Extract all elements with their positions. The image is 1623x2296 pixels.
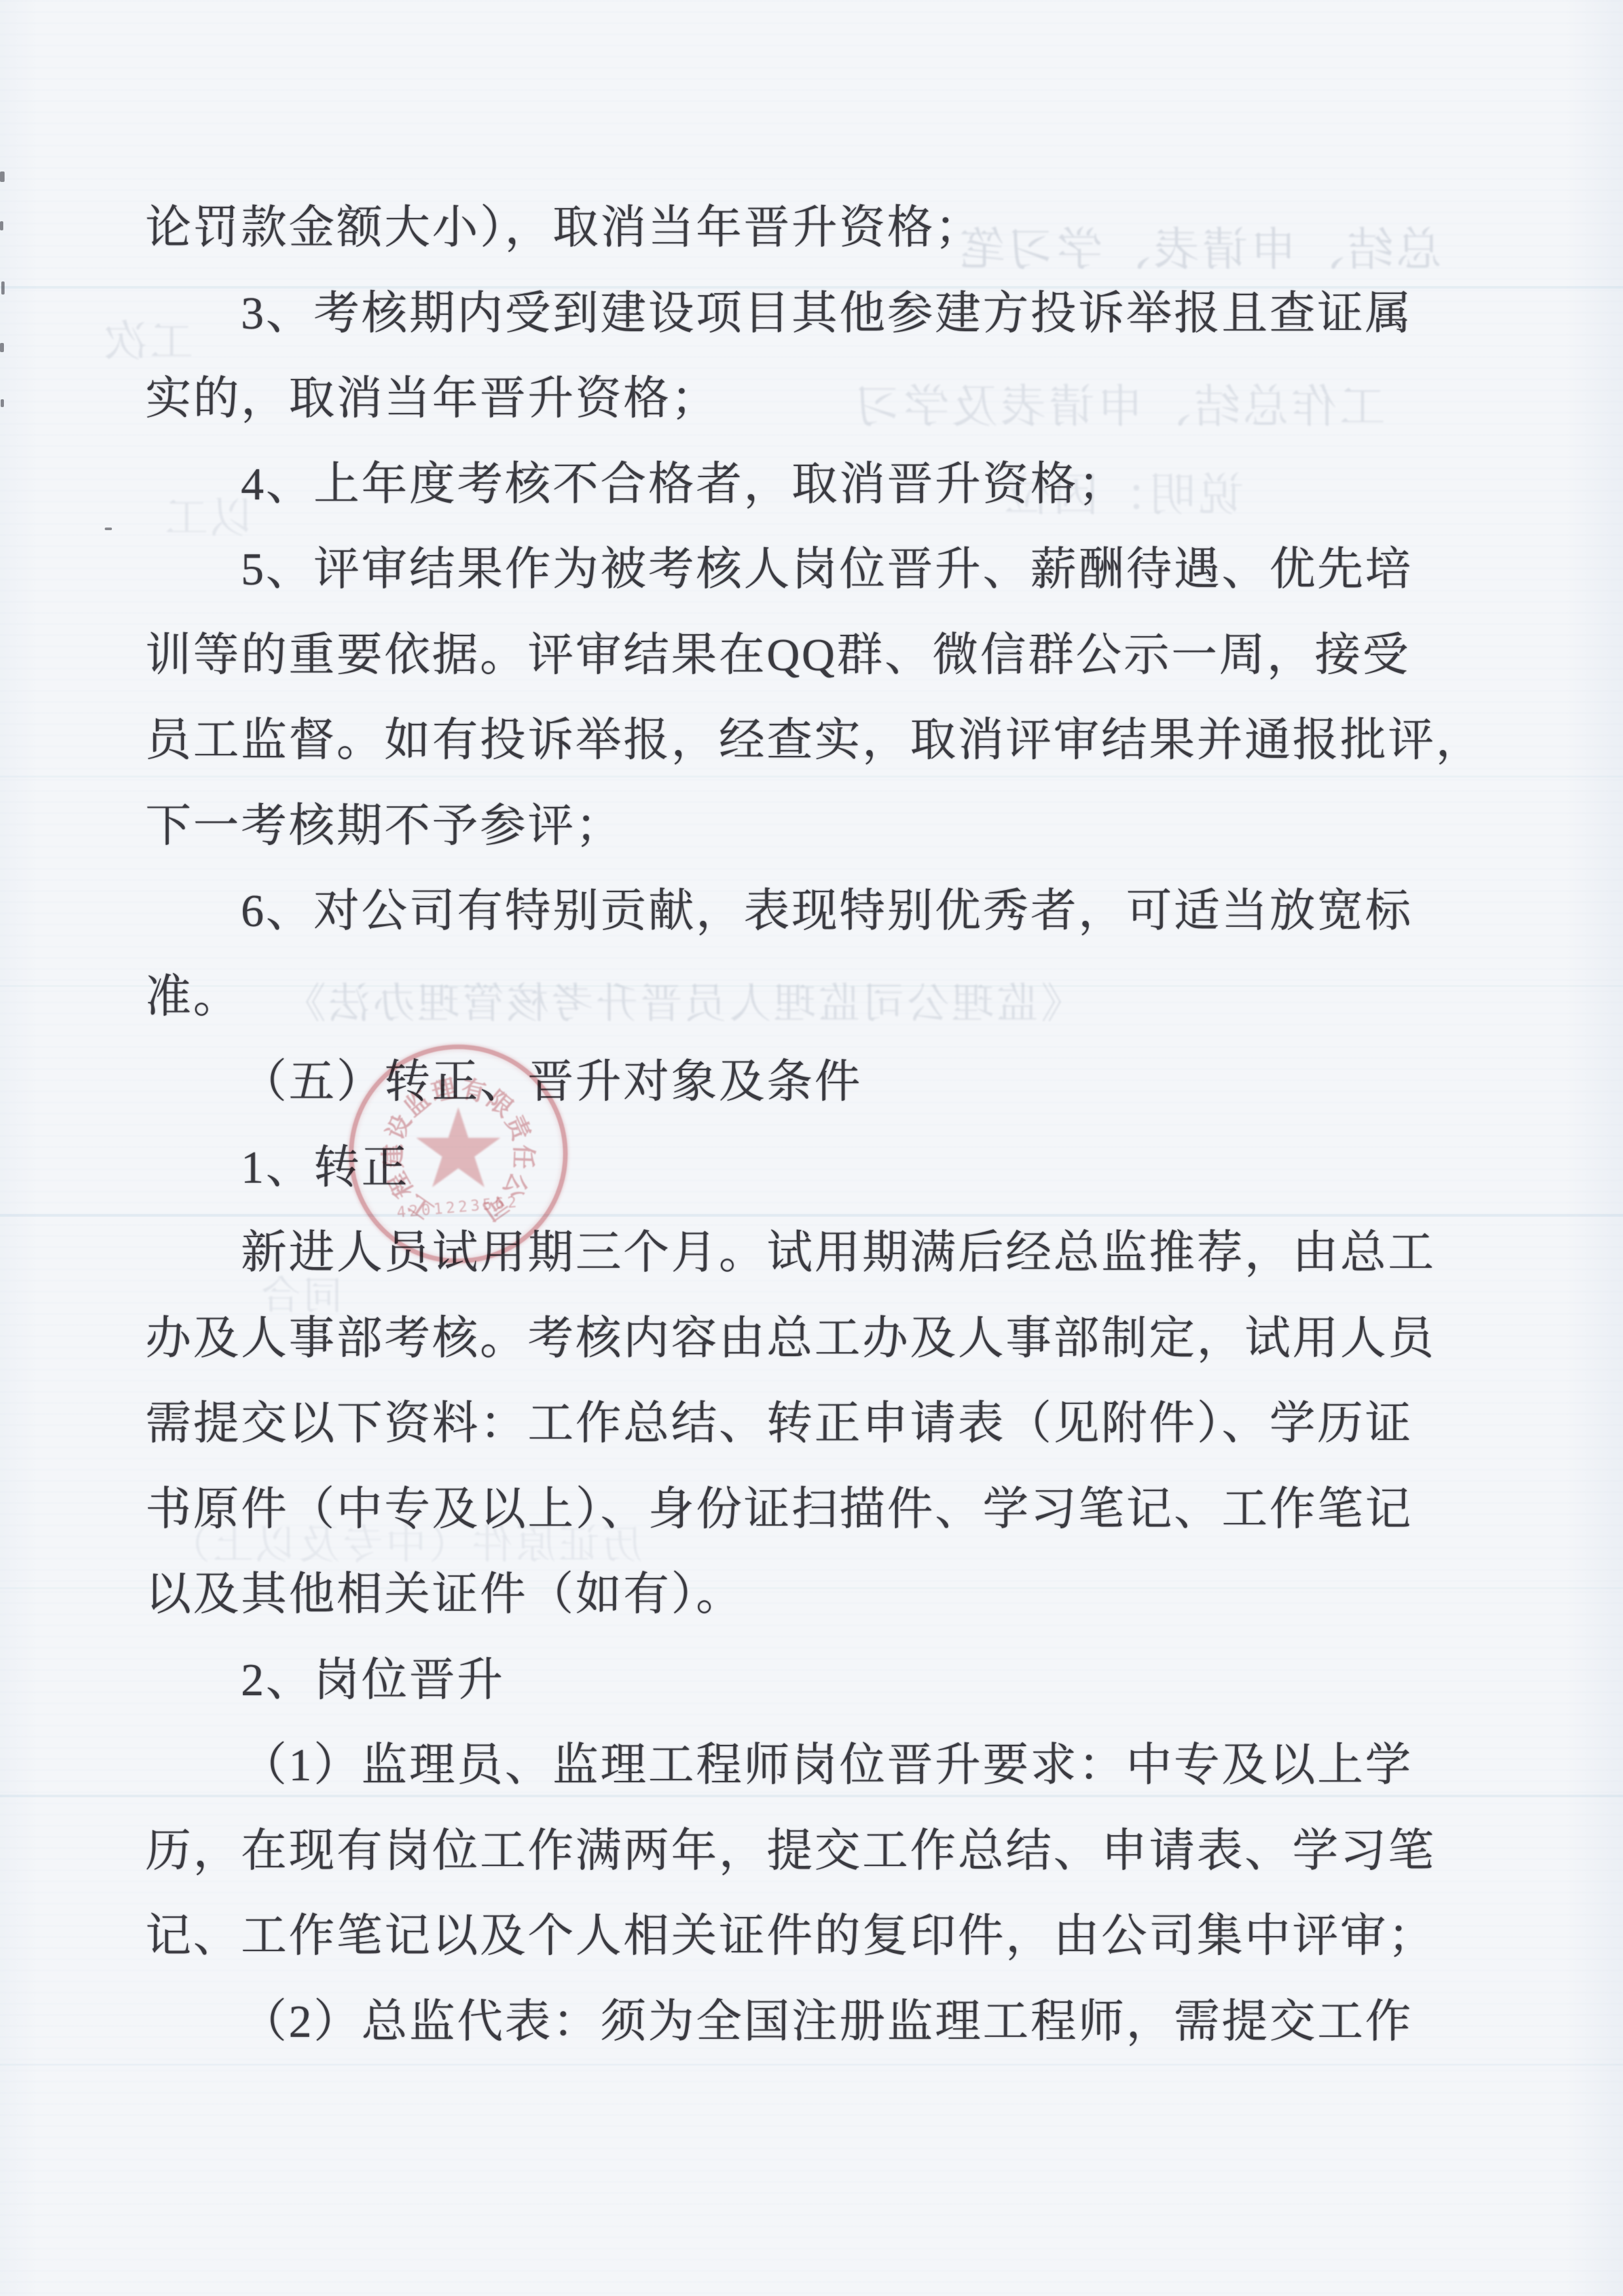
scan-speck xyxy=(0,343,4,352)
text-line: 员工监督。如有投诉举报，经查实，取消评审结果并通报批评， xyxy=(145,715,1484,766)
text-line: 3、考核期内受到建设项目其他参建方投诉举报且查证属 xyxy=(241,289,1413,340)
ghost-text-line: 总结、申请表、学习笔 xyxy=(957,213,1442,279)
scan-streak-line xyxy=(0,1214,1623,1217)
text-line: 办及人事部考核。考核内容由总工办及人事部制定，试用人员 xyxy=(145,1314,1436,1365)
seal-serial-number: 4201223562 xyxy=(396,1194,520,1221)
seal-ring-char: 责 xyxy=(499,1109,541,1145)
ghost-text-line: 工次 xyxy=(101,306,193,368)
text-line: 实的，取消当年晋升资格； xyxy=(145,374,719,425)
ghost-text-line: 工作总结、申请表及学习 xyxy=(852,370,1385,436)
text-line: 记、工作笔记以及个人相关证件的复印件，由公司集中评审； xyxy=(145,1911,1436,1962)
scanned-document-page: 总结、申请表、学习笔工作总结、申请表及学习说明：因位工次以工《监理公司监理人员晋… xyxy=(0,0,1623,2296)
text-line: 2、岗位晋升 xyxy=(241,1655,505,1706)
seal-ring-char: 司 xyxy=(477,1188,517,1230)
text-line: 4、上年度考核不合格者，取消晋升资格； xyxy=(241,459,1126,511)
text-line: 论罚款金额大小），取消当年晋升资格； xyxy=(145,203,983,254)
text-line: 准。 xyxy=(145,972,241,1023)
text-line: 历，在现有岗位工作满两年，提交工作总结、申请表、学习笔 xyxy=(145,1826,1436,1877)
ghost-text-line: 《监理公司监理人员晋升考核管理办法》 xyxy=(282,970,1083,1030)
text-line: 需提交以下资料：工作总结、转正申请表（见附件）、学历证 xyxy=(145,1399,1413,1450)
seal-ring-char: 工 xyxy=(399,1187,439,1230)
text-line: （1）监理员、监理工程师岗位晋升要求：中专及以上学 xyxy=(241,1740,1413,1791)
scan-speck xyxy=(1,281,5,295)
ghost-text-line: 以工 xyxy=(162,482,254,545)
text-line: （五）转正、晋升对象及条件 xyxy=(241,1057,862,1108)
text-line: 5、评审结果作为被考核人岗位晋升、薪酬待遇、优先培 xyxy=(241,545,1413,596)
scan-speck xyxy=(105,528,112,530)
text-line: 新进人员试用期三个月。试用期满后经总监推荐，由总工 xyxy=(241,1228,1436,1279)
scan-streak-line xyxy=(0,1795,1623,1797)
scan-speck xyxy=(0,221,3,230)
scan-speck xyxy=(1,399,4,407)
text-line: 下一考核期不予参评； xyxy=(145,801,623,852)
text-line: （2）总监代表：须为全国注册监理工程师，需提交工作 xyxy=(241,1997,1413,2048)
scan-speck xyxy=(0,171,5,182)
text-line: 书原件（中专及以上）、身份证扫描件、学习笔记、工作笔记 xyxy=(145,1484,1413,1535)
text-line: 以及其他相关证件（如有）。 xyxy=(145,1570,744,1621)
seal-ring-char: 公 xyxy=(496,1168,539,1206)
text-line: 6、对公司有特别贡献，表现特别优秀者，可适当放宽标 xyxy=(241,886,1413,937)
scan-streak-line xyxy=(0,776,1623,778)
seal-ring-char: 任 xyxy=(507,1144,543,1170)
text-line: 训等的重要依据。评审结果在QQ群、微信群公示一周，接受 xyxy=(145,630,1410,681)
scan-streak-line xyxy=(0,2064,1623,2066)
text-line: 1、转正 xyxy=(241,1143,409,1194)
seal-ring-char: 设 xyxy=(376,1108,418,1145)
